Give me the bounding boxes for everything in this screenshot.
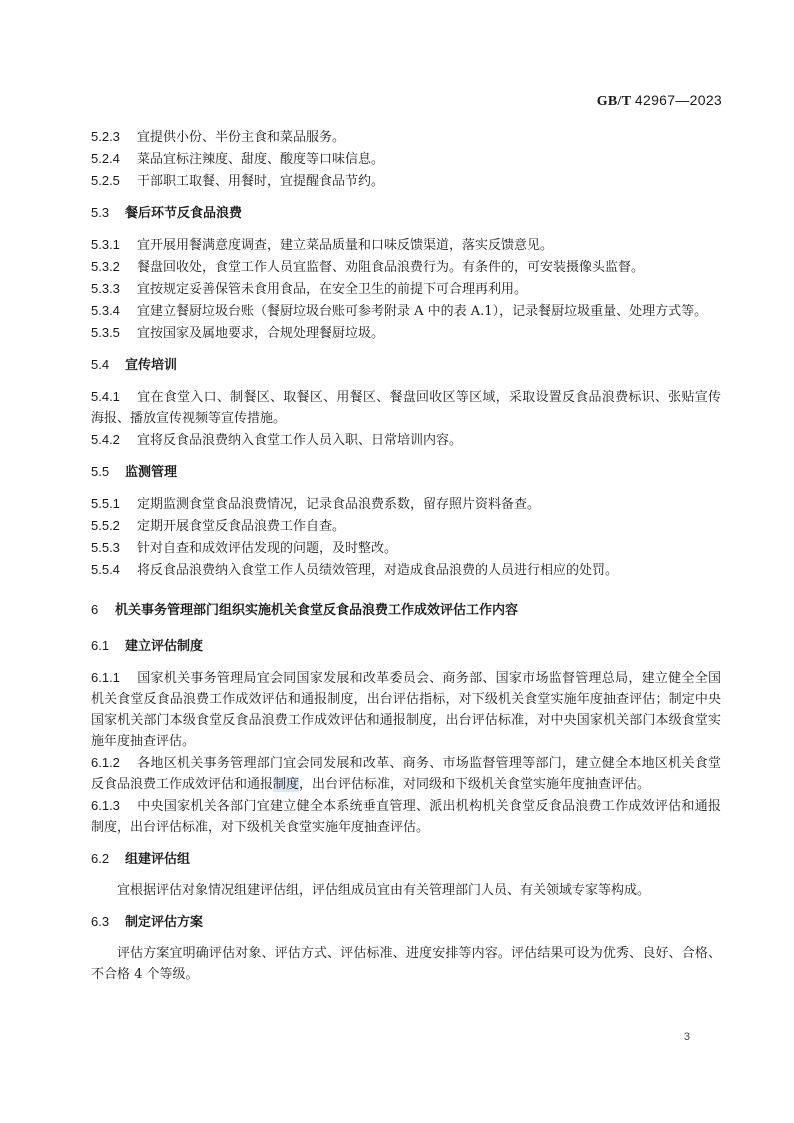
- text-selection-highlight: 制度: [273, 777, 299, 792]
- section-heading-5-3: 5.3餐后环节反食品浪费: [91, 202, 721, 224]
- clause-text: 干部职工取餐、用餐时，宜提醒食品节约。: [137, 174, 384, 189]
- standard-prefix: GB/T: [597, 94, 631, 109]
- section-title: 餐后环节反食品浪费: [125, 206, 242, 221]
- clause-text: 定期监测食堂食品浪费情况，记录食品浪费系数，留存照片资料备查。: [137, 497, 540, 512]
- clause-6-1-2: 6.1.2各地区机关事务管理部门宜会同发展和改革、商务、市场监督管理等部门，建立…: [91, 752, 721, 795]
- clause-text: 将反食品浪费纳入食堂工作人员绩效管理，对造成食品浪费的人员进行相应的处罚。: [137, 563, 618, 578]
- section-heading-5-5: 5.5监测管理: [91, 461, 721, 483]
- clause-number: 5.3.4: [91, 300, 131, 321]
- clause-5-5-2: 5.5.2定期开展食堂反食品浪费工作自查。: [91, 515, 721, 537]
- chapter-title: 机关事务管理部门组织实施机关食堂反食品浪费工作成效评估工作内容: [115, 603, 518, 618]
- section-number: 6.2: [91, 848, 119, 869]
- paragraph-6-3: 评估方案宜明确评估对象、评估方式、评估标准、进度安排等内容。评估结果可设为优秀、…: [91, 943, 721, 985]
- clause-5-4-1: 5.4.1宜在食堂入口、制餐区、取餐区、用餐区、餐盘回收区等区域，采取设置反食品…: [91, 386, 721, 429]
- chapter-heading-6: 6机关事务管理部门组织实施机关食堂反食品浪费工作成效评估工作内容: [91, 599, 721, 621]
- clause-text: 菜品宜标注辣度、甜度、酸度等口味信息。: [137, 152, 384, 167]
- clause-5-3-5: 5.3.5宜按国家及属地要求，合规处理餐厨垃圾。: [91, 322, 721, 344]
- clause-5-2-3: 5.2.3宜提供小份、半份主食和菜品服务。: [91, 126, 721, 148]
- section-heading-6-1: 6.1建立评估制度: [91, 635, 721, 657]
- clause-number: 5.3.1: [91, 234, 131, 255]
- clause-number: 6.1.1: [91, 667, 131, 688]
- clause-number: 5.5.1: [91, 493, 131, 514]
- section-number: 5.5: [91, 461, 119, 482]
- chapter-number: 6: [91, 599, 109, 620]
- clause-5-5-1: 5.5.1定期监测食堂食品浪费情况，记录食品浪费系数，留存照片资料备查。: [91, 493, 721, 515]
- clause-5-2-4: 5.2.4菜品宜标注辣度、甜度、酸度等口味信息。: [91, 148, 721, 170]
- clause-5-3-2: 5.3.2餐盘回收处，食堂工作人员宜监督、劝阻食品浪费行为。有条件的，可安装摄像…: [91, 256, 721, 278]
- clause-5-5-3: 5.5.3针对自查和成效评估发现的问题，及时整改。: [91, 537, 721, 559]
- clause-text: 宜提供小份、半份主食和菜品服务。: [137, 130, 345, 145]
- clause-text: 宜开展用餐满意度调查，建立菜品质量和口味反馈渠道，落实反馈意见。: [137, 238, 553, 253]
- clause-number: 5.5.2: [91, 515, 131, 536]
- clause-text-continued: ，出台评估标准，对同级和下级机关食堂实施年度抽查评估。: [299, 777, 650, 792]
- clause-number: 5.2.3: [91, 126, 131, 147]
- clause-text: 宜将反食品浪费纳入食堂工作人员入职、日常培训内容。: [137, 433, 462, 448]
- section-number: 5.4: [91, 354, 119, 375]
- clause-number: 5.2.4: [91, 148, 131, 169]
- section-number: 6.3: [91, 911, 119, 932]
- section-title: 宣传培训: [125, 358, 177, 373]
- clause-text: 针对自查和成效评估发现的问题，及时整改。: [137, 541, 397, 556]
- clause-5-4-2: 5.4.2宜将反食品浪费纳入食堂工作人员入职、日常培训内容。: [91, 429, 721, 451]
- clause-number: 5.3.2: [91, 256, 131, 277]
- clause-5-5-4: 5.5.4将反食品浪费纳入食堂工作人员绩效管理，对造成食品浪费的人员进行相应的处…: [91, 559, 721, 581]
- clause-text: 餐盘回收处，食堂工作人员宜监督、劝阻食品浪费行为。有条件的，可安装摄像头监督。: [137, 260, 644, 275]
- clause-number: 5.3.3: [91, 278, 131, 299]
- section-number: 6.1: [91, 635, 119, 656]
- clause-number: 6.1.3: [91, 795, 131, 816]
- clause-number: 5.2.5: [91, 170, 131, 191]
- clause-text: 定期开展食堂反食品浪费工作自查。: [137, 519, 345, 534]
- document-page: GB/T 42967—2023 5.2.3宜提供小份、半份主食和菜品服务。 5.…: [0, 0, 794, 1123]
- section-heading-6-2: 6.2组建评估组: [91, 848, 721, 870]
- clause-text: 中央国家机关各部门宜建立健全本系统垂直管理、派出机构机关食堂反食品浪费工作成效评…: [91, 799, 721, 835]
- clause-number: 5.3.5: [91, 322, 131, 343]
- clause-text: 国家机关事务管理局宜会同国家发展和改革委员会、商务部、国家市场监督管理总局，建立…: [91, 671, 721, 749]
- standard-number: 42967—2023: [635, 92, 722, 108]
- clause-6-1-3: 6.1.3中央国家机关各部门宜建立健全本系统垂直管理、派出机构机关食堂反食品浪费…: [91, 795, 721, 838]
- clause-text: 宜按国家及属地要求，合规处理餐厨垃圾。: [137, 326, 384, 341]
- clause-5-2-5: 5.2.5干部职工取餐、用餐时，宜提醒食品节约。: [91, 170, 721, 192]
- clause-number: 5.5.4: [91, 559, 131, 580]
- section-title: 制定评估方案: [125, 915, 203, 930]
- document-body: 5.2.3宜提供小份、半份主食和菜品服务。 5.2.4菜品宜标注辣度、甜度、酸度…: [91, 126, 721, 985]
- page-number: 3: [684, 1031, 690, 1043]
- clause-number: 6.1.2: [91, 752, 131, 773]
- section-heading-5-4: 5.4宣传培训: [91, 354, 721, 376]
- clause-text: 宜建立餐厨垃圾台账（餐厨垃圾台账可参考附录 A 中的表 A.1），记录餐厨垃圾重…: [137, 304, 707, 319]
- clause-text: 宜按规定妥善保管未食用食品，在安全卫生的前提下可合理再利用。: [137, 282, 527, 297]
- section-heading-6-3: 6.3制定评估方案: [91, 911, 721, 933]
- section-title: 建立评估制度: [125, 639, 203, 654]
- section-number: 5.3: [91, 202, 119, 223]
- section-title: 组建评估组: [125, 852, 190, 867]
- paragraph-6-2: 宜根据评估对象情况组建评估组，评估组成员宜由有关管理部门人员、有关领域专家等构成…: [91, 880, 721, 901]
- clause-text: 宜在食堂入口、制餐区、取餐区、用餐区、餐盘回收区等区域，采取设置反食品浪费标识、…: [91, 390, 721, 426]
- clause-number: 5.4.2: [91, 429, 131, 450]
- clause-number: 5.4.1: [91, 386, 131, 407]
- standard-code-header: GB/T 42967—2023: [597, 92, 722, 110]
- clause-6-1-1: 6.1.1国家机关事务管理局宜会同国家发展和改革委员会、商务部、国家市场监督管理…: [91, 667, 721, 752]
- clause-5-3-3: 5.3.3宜按规定妥善保管未食用食品，在安全卫生的前提下可合理再利用。: [91, 278, 721, 300]
- clause-5-3-1: 5.3.1宜开展用餐满意度调查，建立菜品质量和口味反馈渠道，落实反馈意见。: [91, 234, 721, 256]
- clause-5-3-4: 5.3.4宜建立餐厨垃圾台账（餐厨垃圾台账可参考附录 A 中的表 A.1），记录…: [91, 300, 721, 322]
- clause-number: 5.5.3: [91, 537, 131, 558]
- section-title: 监测管理: [125, 465, 177, 480]
